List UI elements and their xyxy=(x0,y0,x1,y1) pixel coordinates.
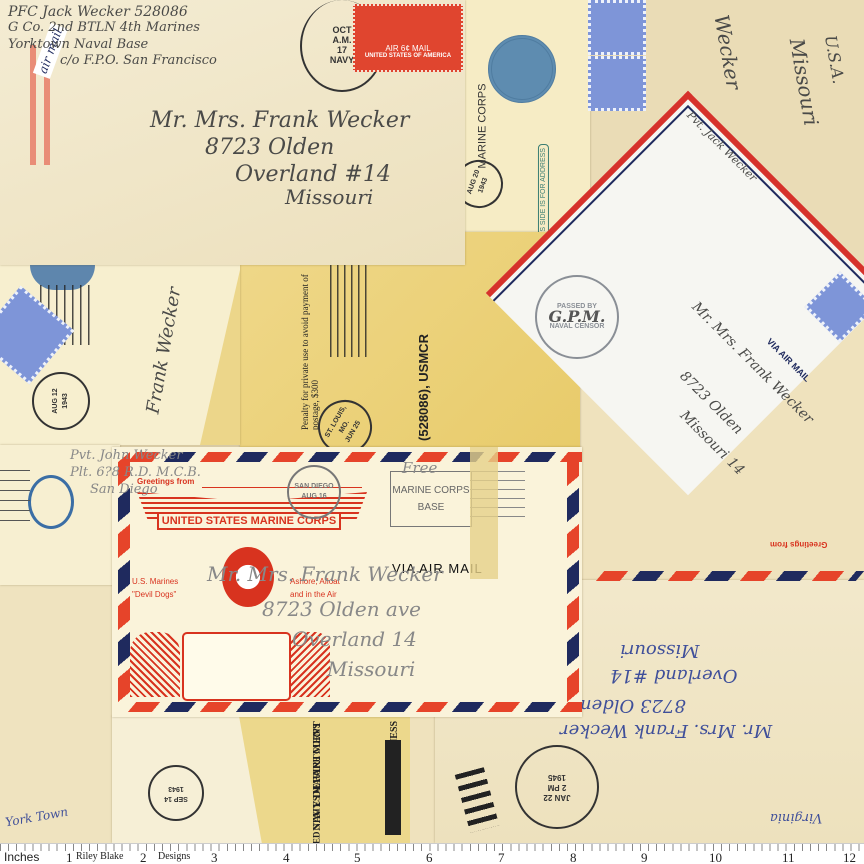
return-address: PFC Jack Wecker 528086 xyxy=(8,4,188,20)
postmark-year: 1943 xyxy=(168,783,184,793)
postcard-cancel: MARINE CORPS xyxy=(476,84,488,169)
postmark-ampm: A.M. xyxy=(333,35,352,45)
ruler-units-label: Inches xyxy=(4,850,39,864)
stamp-3c-icon xyxy=(588,0,646,55)
ship-scene-left-icon xyxy=(130,632,180,697)
san-diego-postmark: SEP 14 1943 xyxy=(148,765,204,821)
postmark-navy: NAVY xyxy=(330,55,354,65)
airmail-border-right xyxy=(567,452,579,712)
postmark-day: 17 xyxy=(337,45,347,55)
brand-label: Riley Blake xyxy=(76,851,124,862)
cancel-line: BASE xyxy=(391,502,471,513)
recipient-address: Mr. Mrs. Frank Wecker xyxy=(150,108,409,133)
marine-corps-envelope: Greetings from UNITED STATES MARINE CORP… xyxy=(112,447,582,717)
marine-return: San Diego xyxy=(90,482,158,497)
ruler-number: 1 xyxy=(66,850,73,864)
airmail-border-right-envelope xyxy=(596,571,864,581)
postmark-city: SAN DIEGO xyxy=(294,482,333,492)
ruler-number: 9 xyxy=(641,850,648,864)
marine-recipient: Mr. Mrs. Frank Wecker xyxy=(207,562,443,586)
postmark-date: SEP 14 xyxy=(164,793,188,803)
airmail-border-top xyxy=(128,452,582,462)
return-address: Yorktown Naval Base xyxy=(8,37,148,52)
censor-bottom: NAVAL CENSOR xyxy=(550,322,605,332)
postmark-month: OCT xyxy=(333,25,352,35)
ruler-number: 10 xyxy=(709,850,722,864)
stamp-value: AIR 6¢ MAIL xyxy=(355,44,461,53)
handwriting-bottom-right: 8723 Olden xyxy=(580,695,686,716)
postcard-stamp-icon xyxy=(488,35,556,103)
ruler-selvage: Inches 1 Riley Blake 2 Designs 3 4 5 6 7… xyxy=(0,843,864,864)
handwriting-bottom-right: Overland #14 xyxy=(610,665,738,686)
marine-return: Pvt. John Wecker xyxy=(70,448,183,463)
handwriting-bottom-right: Virginia xyxy=(770,810,822,825)
marine-corps-base-cancel: MARINE CORPS BASE xyxy=(390,471,472,527)
recipient-address: Overland #14 xyxy=(235,162,391,187)
handwriting-bottom-right: Mr. Mrs. Frank Wecker xyxy=(560,720,772,741)
cancel-lines xyxy=(0,470,30,530)
marine-return: Plt. 6?8 R.D. M.C.B. xyxy=(70,465,201,480)
kansas-postmark: AUG 12 1943 xyxy=(32,372,90,430)
left-slogan: U.S. Marines xyxy=(132,577,178,586)
the-marine-label xyxy=(385,740,401,835)
postmark-date: AUG 12 xyxy=(51,388,61,413)
postmark-date: AUG 16 xyxy=(301,492,326,502)
ruler-number: 8 xyxy=(570,850,577,864)
ruler-number: 4 xyxy=(283,850,290,864)
free-signature: Free xyxy=(402,459,437,477)
serial-text: (528086), USMCR xyxy=(416,334,431,441)
ruler-number: 6 xyxy=(426,850,433,864)
penalty-text: Penalty for private use to avoid payment… xyxy=(300,270,320,430)
marine-recipient: Missouri xyxy=(327,657,415,681)
recipient-address: 8723 Olden xyxy=(205,135,334,160)
stamp-country: UNITED STATES OF AMERICA xyxy=(355,53,461,59)
ruler-number: 7 xyxy=(498,850,505,864)
censor-initials: G.P.M. xyxy=(549,312,606,322)
postmark-date: JAN 22 xyxy=(543,792,570,802)
marine-recipient: 8723 Olden ave xyxy=(262,597,421,621)
handwriting-bottom-right: Missouri xyxy=(620,640,699,661)
left-slogan: "Devil Dogs" xyxy=(132,590,176,599)
wavy-cancel xyxy=(330,262,370,357)
designs-label: Designs xyxy=(158,851,190,862)
return-address: c/o F.P.O. San Francisco xyxy=(60,53,217,68)
naval-censor-stamp: PASSED BY G.P.M. NAVAL CENSOR xyxy=(535,275,619,359)
envelope-lower-left xyxy=(0,583,112,843)
postmark-time: 2 PM xyxy=(548,782,567,792)
eagle-globe-anchor-icon xyxy=(28,475,74,529)
airmail-border-bottom xyxy=(128,702,582,712)
marine-recipient: Overland 14 xyxy=(292,627,417,651)
yellow-strip xyxy=(470,447,498,579)
stamp-3c-icon xyxy=(588,56,646,111)
postmark-year: 1945 xyxy=(548,772,566,782)
yorktown-postmark: JAN 22 2 PM 1945 xyxy=(515,745,599,829)
postmark-year: 1943 xyxy=(61,393,71,409)
ruler-number: 2 xyxy=(140,850,147,864)
san-diego-cancel: SAN DIEGO AUG 16 xyxy=(287,465,341,519)
airmail-6c-stamp-icon: AIR 6¢ MAIL UNITED STATES OF AMERICA xyxy=(353,4,463,72)
return-address: G Co. 2nd BTLN 4th Marines xyxy=(8,20,200,35)
recipient-address: Missouri xyxy=(285,185,373,209)
ruler-number: 12 xyxy=(843,850,856,864)
greetings-upside-down: Greetings from xyxy=(770,540,827,549)
ruler-number: 5 xyxy=(354,850,361,864)
ruler-number: 3 xyxy=(211,850,218,864)
ruler-number: 11 xyxy=(782,850,795,864)
cancel-line: MARINE CORPS xyxy=(391,485,471,496)
address-window xyxy=(182,632,291,701)
